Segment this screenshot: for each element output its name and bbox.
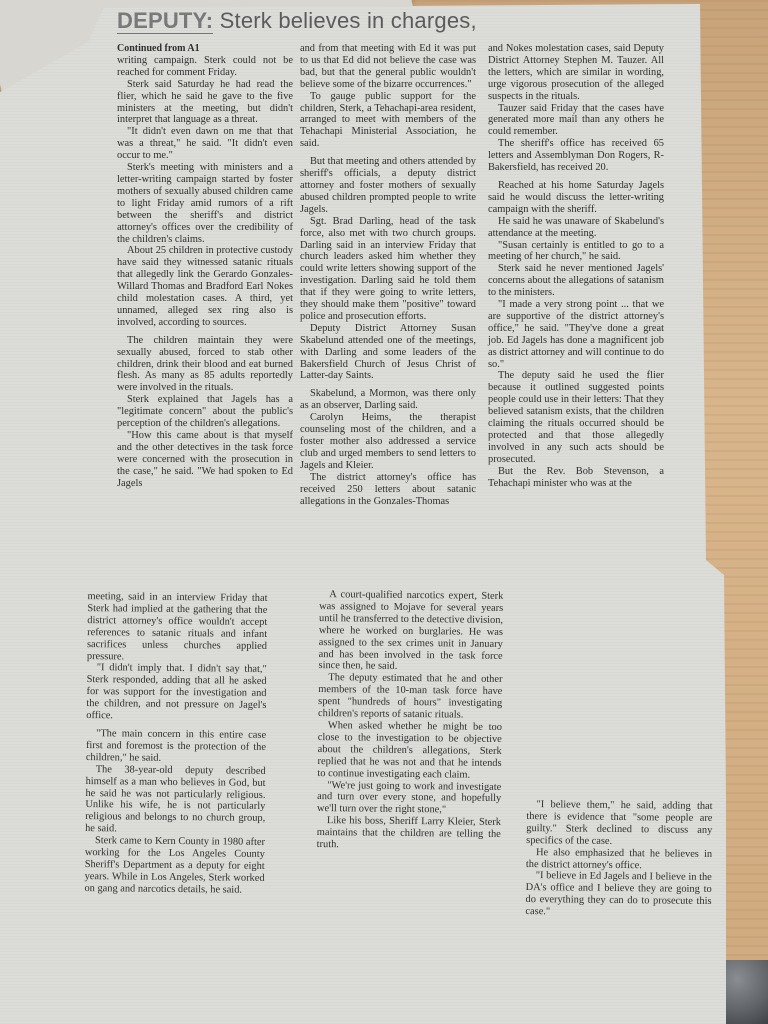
paragraph: "I believe them," he said, adding that t… <box>526 799 712 849</box>
paragraph: Sterk explained that Jagels has a "legit… <box>117 394 293 430</box>
paragraph: Deputy District Attorney Susan Skabelund… <box>300 323 476 383</box>
paragraph: But that meeting and others attended by … <box>300 156 476 216</box>
paragraph: "I believe in Ed Jagels and I believe in… <box>525 870 711 920</box>
floor-corner <box>724 960 768 1024</box>
paragraph: But the Rev. Bob Stevenson, a Tehachapi … <box>488 466 664 490</box>
article-column-5: A court-qualified narcotics expert, Ster… <box>317 589 504 853</box>
paragraph: "I made a very strong point ... that we … <box>488 299 664 370</box>
article-column-1: Continued from A1 writing campaign. Ster… <box>117 43 293 490</box>
paragraph: "How this came about is that myself and … <box>117 430 293 490</box>
paragraph: "Susan certainly is entitled to go to a … <box>488 240 664 264</box>
paragraph: About 25 children in protective custody … <box>117 245 293 328</box>
paragraph: and from that meeting with Ed it was put… <box>300 43 476 91</box>
article-column-3: and Nokes molestation cases, said Deputy… <box>488 43 664 490</box>
article-column-6: "I believe them," he said, adding that t… <box>525 799 712 920</box>
paragraph: writing campaign. Sterk could not be rea… <box>117 55 293 79</box>
continued-line: Continued from A1 <box>117 43 293 55</box>
paragraph: The deputy said he used the flier becaus… <box>488 370 664 465</box>
paragraph: Sterk said Saturday he had read the flie… <box>117 79 293 127</box>
paragraph: The 38-year-old deputy described himself… <box>85 764 266 837</box>
paragraph: He also emphasized that he believes in t… <box>526 847 712 873</box>
paragraph: The deputy estimated that he and other m… <box>318 672 502 722</box>
paragraph: Reached at his home Saturday Jagels said… <box>488 180 664 216</box>
paragraph: "It didn't even dawn on me that that was… <box>117 126 293 162</box>
paragraph: "We're just going to work and investigat… <box>317 780 501 818</box>
paragraph: "I didn't imply that. I didn't say that,… <box>86 662 267 723</box>
paragraph: To gauge public support for the children… <box>300 91 476 151</box>
paragraph: The district attorney's office has recei… <box>300 472 476 508</box>
paragraph: The children maintain they were sexually… <box>117 335 293 395</box>
paragraph: "The main concern in this entire case fi… <box>86 728 266 766</box>
paragraph: and Nokes molestation cases, said Deputy… <box>488 43 664 103</box>
paragraph: Sterk said he never mentioned Jagels' co… <box>488 263 664 299</box>
paragraph: When asked whether he might be too close… <box>317 720 502 781</box>
paragraph: Skabelund, a Mormon, was there only as a… <box>300 388 476 412</box>
paragraph: He said he was unaware of Skabelund's at… <box>488 216 664 240</box>
headline: DEPUTY: Sterk believes in charges, <box>117 8 477 34</box>
article-column-2: and from that meeting with Ed it was put… <box>300 43 476 507</box>
paragraph: Like his boss, Sheriff Larry Kleier, Ste… <box>317 815 501 853</box>
paragraph: Sgt. Brad Darling, head of the task forc… <box>300 216 476 323</box>
paragraph: The sheriff's office has received 65 let… <box>488 138 664 174</box>
headline-kicker: DEPUTY: <box>117 8 213 34</box>
article-column-4: meeting, said in an interview Friday tha… <box>84 591 267 897</box>
paragraph: Carolyn Heims, the therapist counseling … <box>300 412 476 472</box>
paragraph: Tauzer said Friday that the cases have g… <box>488 103 664 139</box>
headline-title: Sterk believes in charges, <box>220 8 477 33</box>
paragraph: meeting, said in an interview Friday tha… <box>87 591 268 664</box>
newspaper-clipping: DEPUTY: Sterk believes in charges, Conti… <box>0 0 726 1024</box>
paragraph: Sterk's meeting with ministers and a let… <box>117 162 293 245</box>
paragraph: A court-qualified narcotics expert, Ster… <box>319 589 504 674</box>
paragraph: Sterk came to Kern County in 1980 after … <box>84 835 265 896</box>
